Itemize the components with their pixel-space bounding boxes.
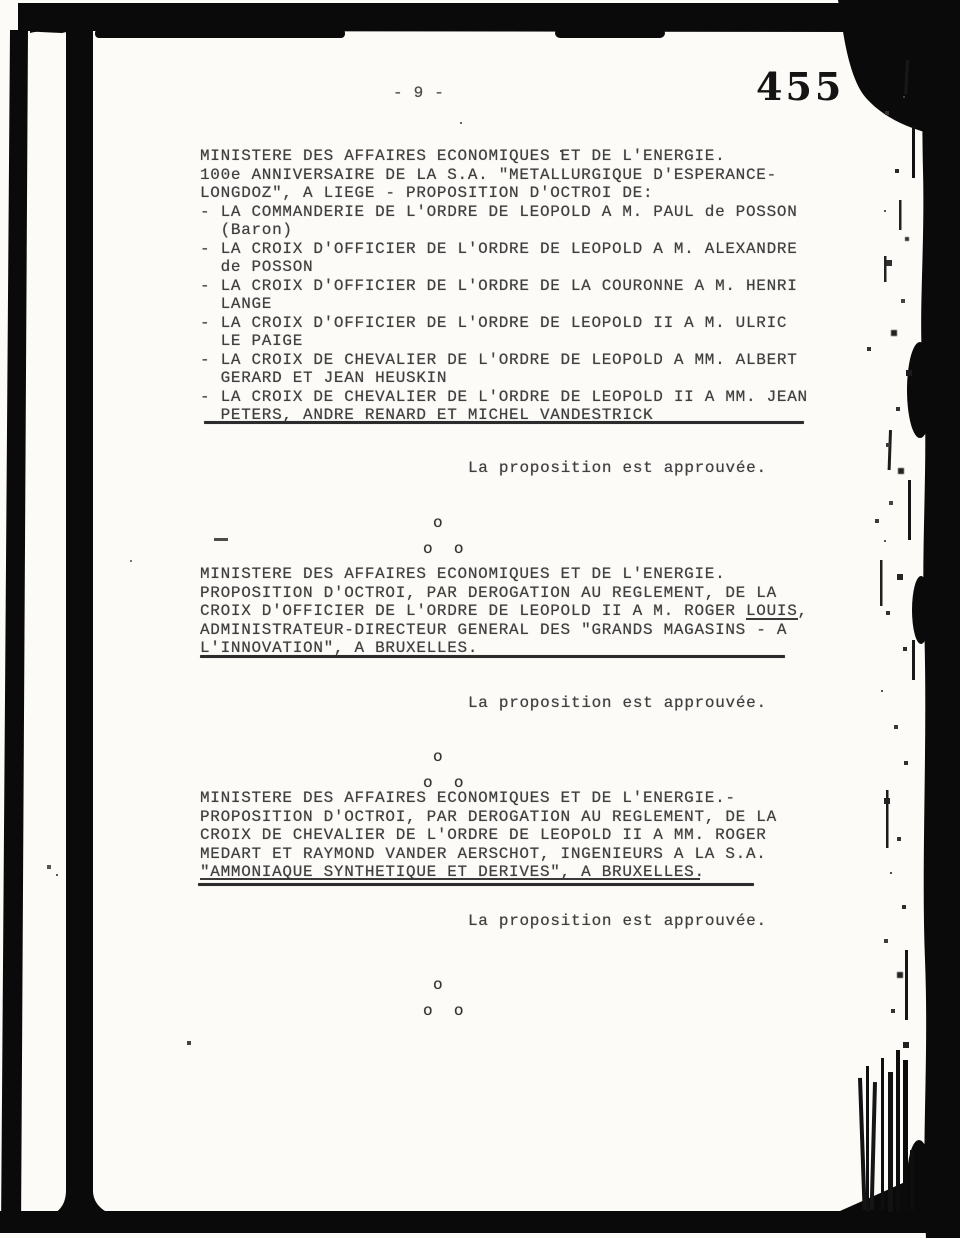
underline-text-section-3 [200,878,700,880]
text-line: LE PAIGE [200,332,808,351]
scan-noise-specks [0,0,2,2]
text-line: - LA CROIX D'OFFICIER DE L'ORDRE DE LA C… [200,277,808,296]
text-line: PROPOSITION D'OCTROI, PAR DEROGATION AU … [200,808,777,827]
separator-o-top-3: o [433,976,443,995]
right-scan-band [921,0,960,1238]
text-line: (Baron) [200,221,808,240]
bottom-border [0,1211,960,1233]
binding-bar-flare-bottom [44,1190,120,1217]
margin-dash [214,538,228,541]
folio-number: 455 [756,64,844,109]
right-band-bulge [912,576,930,644]
separator-o-bottom-1: o o [423,540,464,559]
scan-streaks [858,60,915,1212]
text-line: de POSSON [200,258,808,277]
text-line: GERARD ET JEAN HEUSKIN [200,369,808,388]
text-line: - LA COMMANDERIE DE L'ORDRE DE LEOPOLD A… [200,203,808,222]
text-line: - LA CROIX D'OFFICIER DE L'ORDRE DE LEOP… [200,314,808,333]
approval-note-3: La proposition est approuvée. [468,912,767,931]
separator-o-bottom-3: o o [423,1002,464,1021]
scanned-document-page: - 9 - 455 MINISTERE DES AFFAIRES ECONOMI… [0,0,960,1238]
underline-rule-section-2 [200,655,785,658]
page-number: - 9 - [393,84,445,103]
text-line: CROIX D'OFFICIER DE L'ORDRE DE LEOPOLD I… [200,602,808,621]
text-line: 100e ANNIVERSAIRE DE LA S.A. "METALLURGI… [200,166,808,185]
underline-name-louis [746,618,798,620]
right-band-bulge [907,342,933,438]
text-line: MINISTERE DES AFFAIRES ECONOMIQUES ET DE… [200,565,808,584]
binding-bar-flare-top [30,27,130,62]
section-1: MINISTERE DES AFFAIRES ECONOMIQUES ET DE… [200,147,808,425]
text-line: PROPOSITION D'OCTROI, PAR DEROGATION AU … [200,584,808,603]
text-line: CROIX DE CHEVALIER DE L'ORDRE DE LEOPOLD… [200,826,777,845]
underline-rule-section-3 [198,883,754,886]
binding-bar [66,28,93,1218]
text-line: ADMINISTRATEUR-DIRECTEUR GENERAL DES "GR… [200,621,808,640]
approval-note-2: La proposition est approuvée. [468,694,767,713]
underline-rule-section-1 [204,421,804,424]
top-border-smudge [95,29,345,38]
text-line: - LA CROIX DE CHEVALIER DE L'ORDRE DE LE… [200,388,808,407]
text-line: - LA CROIX DE CHEVALIER DE L'ORDRE DE LE… [200,351,808,370]
top-border [18,3,852,33]
left-edge-line [1,30,28,1232]
text-line: LONGDOZ", A LIEGE - PROPOSITION D'OCTROI… [200,184,808,203]
section-3: MINISTERE DES AFFAIRES ECONOMIQUES ET DE… [200,789,777,882]
corner-blob-top-right [838,0,960,140]
text-line: LANGE [200,295,808,314]
top-border-smudge [555,28,665,38]
section-2: MINISTERE DES AFFAIRES ECONOMIQUES ET DE… [200,565,808,658]
separator-o-top-1: o [433,514,443,533]
corner-wedge-bottom-right [840,1170,932,1211]
text-line: MINISTERE DES AFFAIRES ECONOMIQUES ET DE… [200,147,808,166]
text-line: MEDART ET RAYMOND VANDER AERSCHOT, INGEN… [200,845,777,864]
text-line: MINISTERE DES AFFAIRES ECONOMIQUES ET DE… [200,789,777,808]
separator-o-top-2: o [433,748,443,767]
text-line: - LA CROIX D'OFFICIER DE L'ORDRE DE LEOP… [200,240,808,259]
right-band-bulge [907,1140,931,1220]
approval-note-1: La proposition est approuvée. [468,459,767,478]
